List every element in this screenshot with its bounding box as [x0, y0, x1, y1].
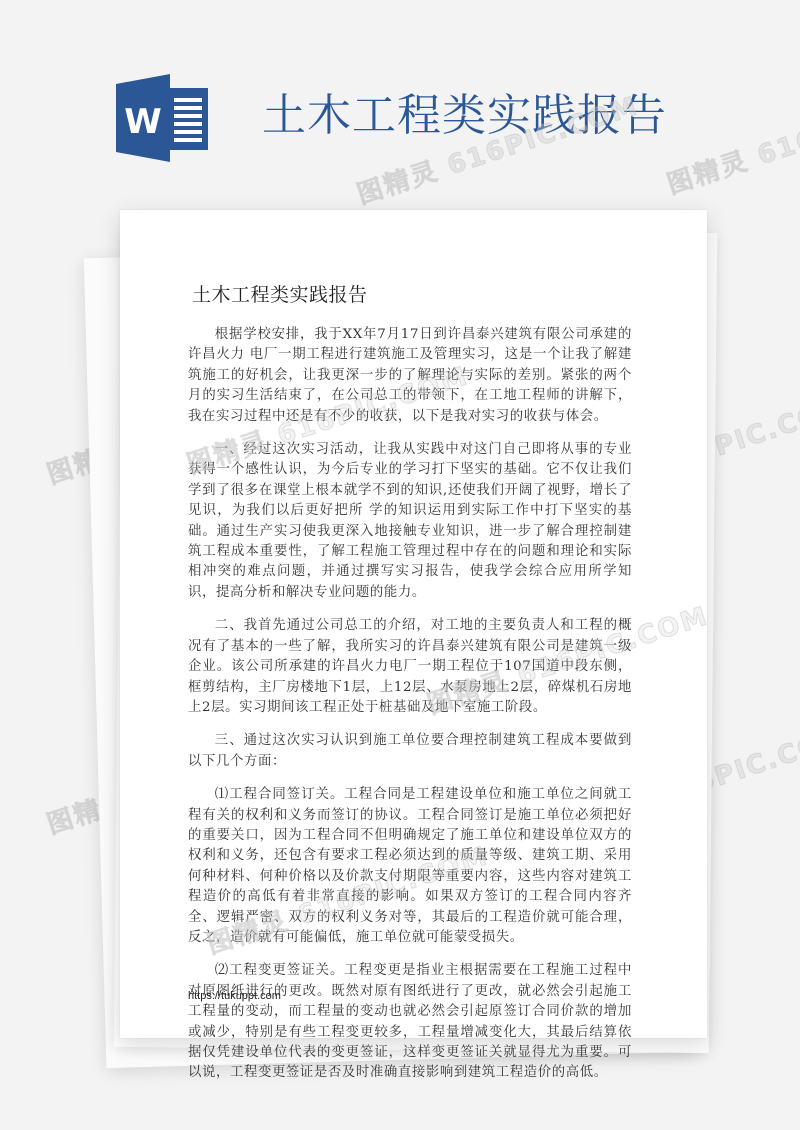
banner: W 土木工程类实践报告 — [0, 0, 800, 200]
footer-link[interactable]: https://tukuppt.com — [188, 990, 281, 1002]
word-icon: W — [112, 72, 210, 164]
document-title: 土木工程类实践报告 — [192, 280, 368, 307]
svg-text:W: W — [124, 102, 162, 142]
paragraph-item-2: ⑵工程变更签证关。工程变更是指业主根据需要在工程施工过程中对原图纸进行的更改。既… — [188, 961, 632, 1083]
document-page: 土木工程类实践报告 根据学校安排，我于XX年7月17日到许昌泰兴建筑有限公司承建… — [120, 210, 707, 1038]
paragraph-intro: 根据学校安排，我于XX年7月17日到许昌泰兴建筑有限公司承建的许昌火力 电厂一期… — [188, 325, 632, 427]
paragraph-section-1: 一、经过这次实习活动，让我从实践中对这门自己即将从事的专业获得一个感性认识，为今… — [188, 440, 632, 603]
document-body: 根据学校安排，我于XX年7月17日到许昌泰兴建筑有限公司承建的许昌火力 电厂一期… — [188, 325, 632, 1097]
paragraph-section-2: 二、我首先通过公司总工的介绍，对工地的主要负责人和工程的概况有了基本的一些了解，… — [188, 616, 632, 718]
banner-title: 土木工程类实践报告 — [262, 86, 667, 146]
paragraph-section-3: 三、通过这次实习认识到施工单位要合理控制建筑工程成本要做到以下几个方面： — [188, 731, 632, 772]
paragraph-item-1: ⑴工程合同签订关。工程合同是工程建设单位和施工单位之间就工程有关的权利和义务而签… — [188, 785, 632, 948]
